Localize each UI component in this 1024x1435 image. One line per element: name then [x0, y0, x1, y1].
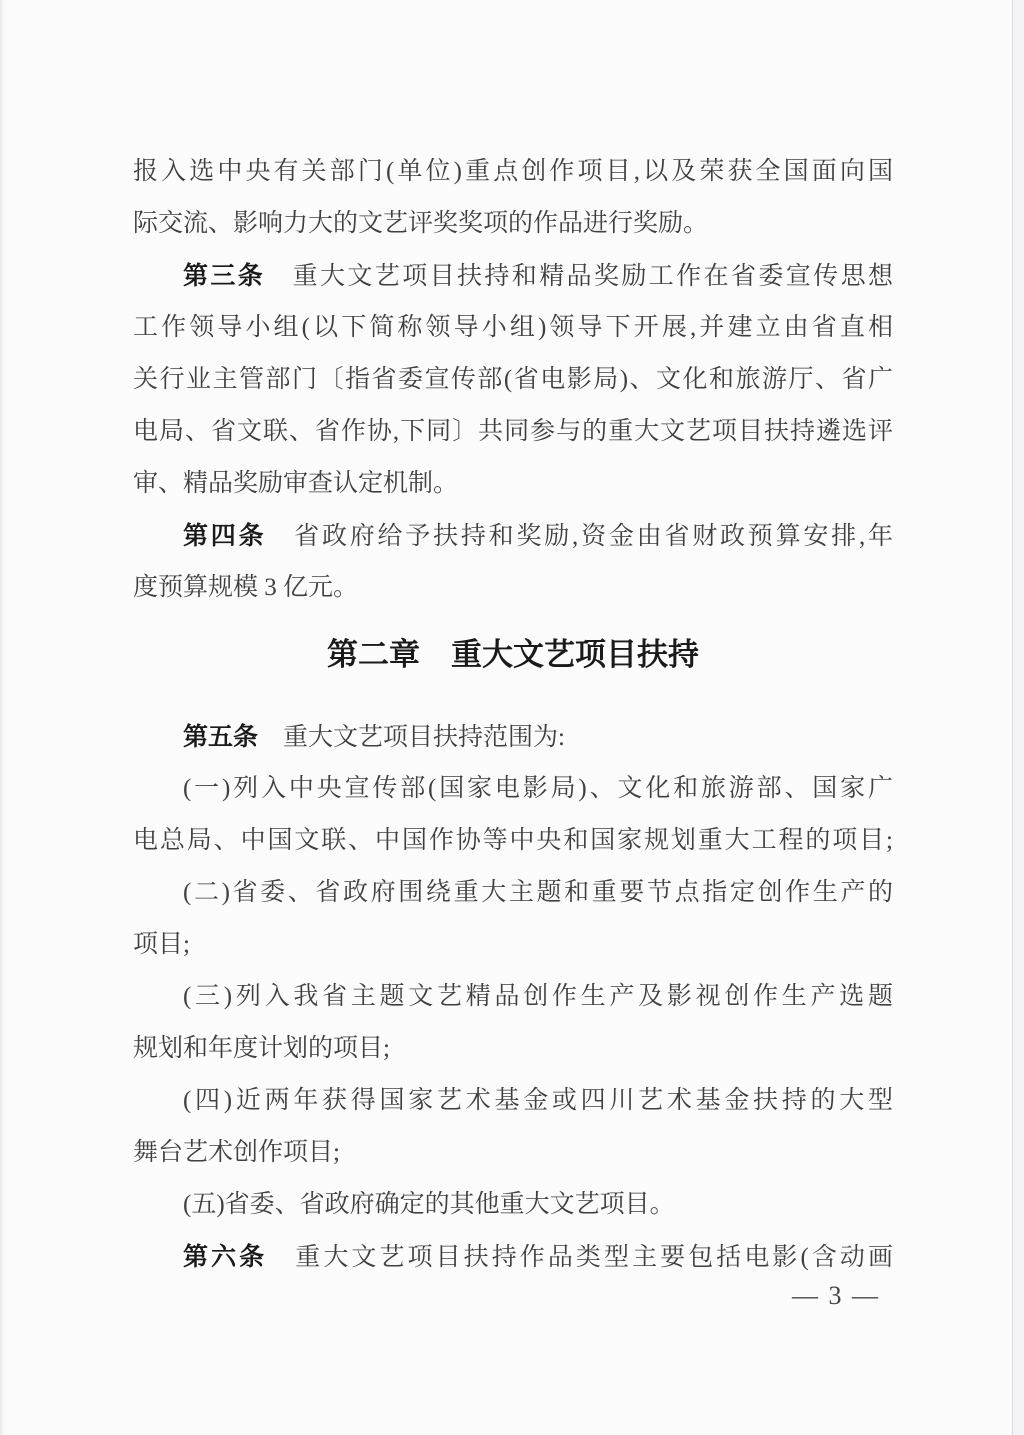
text-line: 第六条 重大文艺项目扶持作品类型主要包括电影(含动画 [133, 1231, 893, 1283]
text-line: 第四条 省政府给予扶持和奖励,资金由省财政预算安排,年 [133, 510, 893, 562]
article-number: 第四条 [183, 522, 266, 550]
text-segment: 电总局、中国文联、中国作协等中央和国家规划重大工程的项目; [133, 827, 893, 854]
text-line: 关行业主管部门〔指省委宣传部(省电影局)、文化和旅游厅、省广 [133, 354, 893, 406]
text-line: 第五条 重大文艺项目扶持范围为: [133, 711, 893, 763]
text-segment: 重大文艺项目扶持作品类型主要包括电影(含动画 [267, 1244, 893, 1271]
text-line: (四)近两年获得国家艺术基金或四川艺术基金扶持的大型 [133, 1075, 893, 1127]
text-segment: (五)省委、省政府确定的其他重大文艺项目。 [183, 1191, 675, 1218]
text-line: 审、精品奖励审查认定机制。 [133, 458, 893, 510]
text-line: 度预算规模 3 亿元。 [133, 562, 893, 614]
text-line: 舞台艺术创作项目; [133, 1127, 893, 1179]
text-line: (三)列入我省主题文艺精品创作生产及影视创作生产选题 [133, 971, 893, 1023]
text-segment: 关行业主管部门〔指省委宣传部(省电影局)、文化和旅游厅、省广 [133, 366, 893, 393]
text-segment: (三)列入我省主题文艺精品创作生产及影视创作生产选题 [183, 983, 893, 1010]
text-segment: 舞台艺术创作项目; [133, 1139, 340, 1166]
text-segment: 重大文艺项目扶持范围为: [258, 724, 565, 751]
article-number: 第五条 [183, 723, 258, 751]
text-segment: 规划和年度计划的项目; [133, 1035, 390, 1062]
text-line: 报入选中央有关部门(单位)重点创作项目,以及荣获全国面向国 [133, 146, 893, 198]
text-segment: 审、精品奖励审查认定机制。 [133, 470, 458, 497]
text-line: 第三条 重大文艺项目扶持和精品奖励工作在省委宣传思想 [133, 250, 893, 302]
text-line: 项目; [133, 919, 893, 971]
document-page: 报入选中央有关部门(单位)重点创作项目,以及荣获全国面向国际交流、影响力大的文艺… [0, 0, 1024, 1435]
text-segment: 际交流、影响力大的文艺评奖奖项的作品进行奖励。 [133, 210, 708, 237]
text-segment: (二)省委、省政府围绕重大主题和重要节点指定创作生产的 [183, 879, 893, 906]
text-segment: 项目; [133, 931, 190, 958]
chapter-heading: 第二章 重大文艺项目扶持 [133, 629, 893, 681]
text-segment: 电局、省文联、省作协,下同〕共同参与的重大文艺项目扶持遴选评 [133, 418, 893, 445]
text-line: (五)省委、省政府确定的其他重大文艺项目。 [133, 1179, 893, 1231]
text-segment: 省政府给予扶持和奖励,资金由省财政预算安排,年 [266, 523, 893, 550]
scan-right-edge [1012, 0, 1024, 1435]
text-line: 际交流、影响力大的文艺评奖奖项的作品进行奖励。 [133, 198, 893, 250]
article-number: 第三条 [183, 262, 265, 290]
document-body: 报入选中央有关部门(单位)重点创作项目,以及荣获全国面向国际交流、影响力大的文艺… [133, 146, 893, 1283]
text-segment: 工作领导小组(以下简称领导小组)领导下开展,并建立由省直相 [133, 314, 893, 341]
text-line: (一)列入中央宣传部(国家电影局)、文化和旅游部、国家广 [133, 763, 893, 815]
text-line: 规划和年度计划的项目; [133, 1023, 893, 1075]
text-segment: 度预算规模 3 亿元。 [133, 574, 358, 601]
article-number: 第六条 [183, 1243, 267, 1271]
article-number: 第二章 重大文艺项目扶持 [327, 637, 699, 672]
text-line: 电局、省文联、省作协,下同〕共同参与的重大文艺项目扶持遴选评 [133, 406, 893, 458]
text-segment: 重大文艺项目扶持和精品奖励工作在省委宣传思想 [265, 263, 893, 290]
text-segment: (一)列入中央宣传部(国家电影局)、文化和旅游部、国家广 [183, 775, 893, 802]
text-segment: 报入选中央有关部门(单位)重点创作项目,以及荣获全国面向国 [133, 158, 893, 185]
text-line: (二)省委、省政府围绕重大主题和重要节点指定创作生产的 [133, 867, 893, 919]
page-number: — 3 — [792, 1281, 880, 1311]
text-line: 工作领导小组(以下简称领导小组)领导下开展,并建立由省直相 [133, 302, 893, 354]
text-line: 电总局、中国文联、中国作协等中央和国家规划重大工程的项目; [133, 815, 893, 867]
text-segment: (四)近两年获得国家艺术基金或四川艺术基金扶持的大型 [183, 1087, 893, 1114]
